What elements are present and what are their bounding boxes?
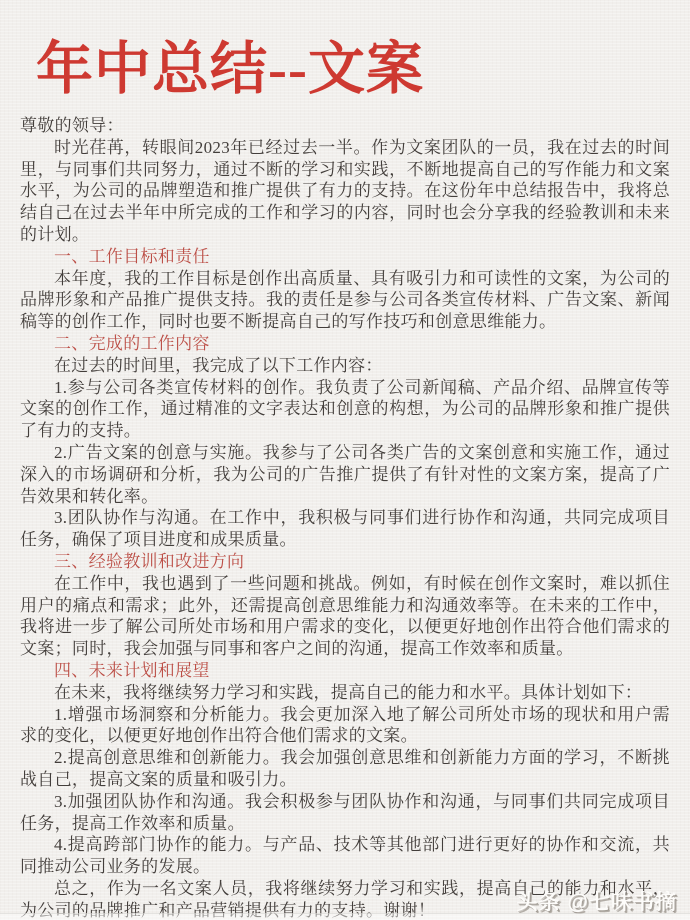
section-3-heading: 三、经验教训和改进方向 [20, 551, 670, 573]
section-4-item-1: 1.增强市场洞察和分析能力。我会更加深入地了解公司所处市场的现状和用户需求的变化… [20, 704, 670, 748]
document-page: 年中总结--文案 尊敬的领导： 时光荏苒，转眼间2023年已经过去一半。作为文案… [0, 0, 690, 920]
section-4-item-2: 2.提高创意思维和创新能力。我会加强创意思维和创新能力方面的学习，不断挑战自己，… [20, 747, 670, 791]
section-2-item-2: 2.广告文案的创意与实施。我参与了公司各类广告的文案创意和实施工作，通过深入的市… [20, 442, 670, 507]
section-4-item-4: 4.提高跨部门协作的能力。与产品、技术等其他部门进行更好的协作和交流，共同推动公… [20, 834, 670, 878]
section-4-lead: 在未来，我将继续努力学习和实践，提高自己的能力和水平。具体计划如下： [20, 682, 670, 704]
watermark-author-handle: @七味书摘 [568, 891, 677, 914]
section-2-item-3: 3.团队协作与沟通。在工作中，我积极与同事们进行协作和沟通，共同完成项目任务，确… [20, 507, 670, 551]
watermark-platform-label: 头条 [517, 891, 561, 914]
section-4-item-3: 3.加强团队协作和沟通。我会积极参与团队协作和沟通，与同事们共同完成项目任务，提… [20, 791, 670, 835]
section-1-heading: 一、工作目标和责任 [20, 246, 670, 268]
section-4-heading: 四、未来计划和展望 [20, 660, 670, 682]
section-3-paragraph: 在工作中，我也遇到了一些问题和挑战。例如，有时候在创作文案时，难以抓住用户的痛点… [20, 573, 670, 660]
section-1-paragraph: 本年度，我的工作目标是创作出高质量、具有吸引力和可读性的文案，为公司的品牌形象和… [20, 268, 670, 333]
document-title: 年中总结--文案 [36, 40, 424, 100]
document-body: 尊敬的领导： 时光荏苒，转眼间2023年已经过去一半。作为文案团队的一员，我在过… [20, 115, 670, 920]
section-2-item-1: 1.参与公司各类宣传材料的创作。我负责了公司新闻稿、产品介绍、品牌宣传等文案的创… [20, 377, 670, 442]
toutiao-watermark: 头条 @七味书摘 [517, 886, 677, 916]
page-bottom-edge [0, 913, 690, 920]
section-2-heading: 二、完成的工作内容 [20, 333, 670, 355]
section-2-lead: 在过去的时间里，我完成了以下工作内容： [20, 355, 670, 377]
salutation: 尊敬的领导： [20, 115, 670, 137]
intro-paragraph: 时光荏苒，转眼间2023年已经过去一半。作为文案团队的一员，我在过去的时间里，与… [20, 137, 670, 246]
